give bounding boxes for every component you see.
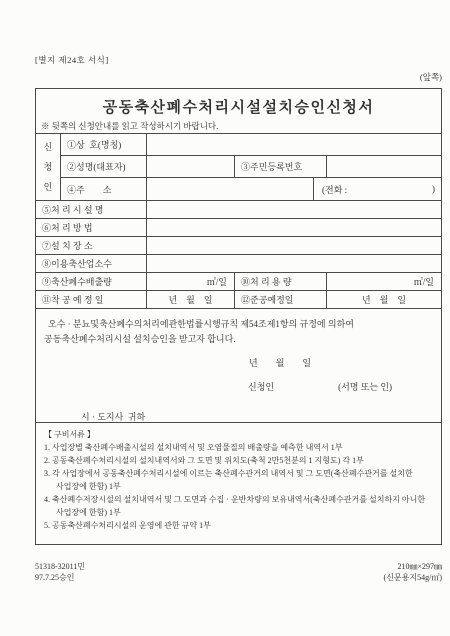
form-code-number: 51318-32011민	[35, 562, 85, 573]
discharge-volume-unit-cell: ㎥/일	[146, 273, 234, 290]
required-document-item-2: 2. 공동축산폐수처리시설의 설치내역서와 그 도면 및 위치도(축척 2만5천…	[44, 454, 433, 467]
attachment-form-ref: [별지 제24호 서식]	[35, 54, 109, 66]
applicant-rows: ①상 호(명칭) ②성명(대표자) ③주민등록번호 ④주 소 (전화 : )	[61, 134, 441, 200]
discharge-volume-label: ⑨축산폐수배출량	[36, 273, 146, 290]
addressee-line: 시 · 도지사 귀하	[81, 410, 441, 423]
user-business-count-label: ⑧이용축산업소수	[36, 255, 146, 272]
form-document-page: [별지 제24호 서식] (앞쪽) 공동축산폐수처리시설설치승인신청서 ※ 뒷쪽…	[0, 0, 450, 636]
applicant-group-cell: 신청인	[36, 134, 61, 200]
signature-or-seal-note: (서명 또는 인)	[338, 380, 392, 393]
front-side-label: (앞쪽)	[420, 71, 442, 83]
form-code-block: 51318-32011민 97.7.25승인	[35, 562, 85, 583]
completion-date-cell: 년 월 일	[326, 291, 441, 308]
company-name-label: ①상 호(명칭)	[61, 134, 146, 155]
instruction-note: ※ 뒷쪽의 신청안내를 읽고 작성하시기 바랍니다.	[36, 119, 441, 134]
required-document-item-5: 5. 공동축산폐수처리시설의 운영에 관한 규약 1부	[44, 519, 433, 532]
address-value-cell	[146, 178, 313, 200]
resident-id-value-cell	[326, 156, 441, 177]
required-document-item-1: 1. 사업장별 축산폐수배출시설의 설치내역서 및 오염물질의 배출량을 예측한…	[44, 441, 433, 454]
paper-weight-spec: (신문용지54g/㎡)	[384, 573, 442, 584]
user-business-count-value-cell	[146, 255, 441, 272]
row-installation-site: ⑦설 치 장 소	[36, 237, 441, 255]
row-address: ④주 소 (전화 : )	[61, 178, 441, 200]
signature-date-line: 년 월 일	[249, 356, 441, 369]
form-title: 공동축산폐수처리시설설치승인신청서	[36, 89, 441, 119]
declaration-section: 오수 · 분뇨및축산폐수의처리에관한법률시행규칙 제54조제1항의 규정에 의하…	[36, 309, 441, 422]
construction-start-label: ⑪착 공 예 정 일	[36, 291, 146, 308]
phone-label-open: (전화 :	[322, 183, 347, 196]
paper-spec-block: 210㎜×297㎜ (신문용지54g/㎡)	[384, 562, 442, 583]
required-documents-heading: 【 구비서류 】	[44, 428, 433, 441]
installation-site-label: ⑦설 치 장 소	[36, 237, 146, 254]
treatment-capacity-unit-cell: ㎥/일	[326, 273, 441, 290]
applicant-section: 신청인 ①상 호(명칭) ②성명(대표자) ③주민등록번호 ④주 소	[36, 134, 441, 200]
construction-start-date-cell: 년 월 일	[146, 291, 234, 308]
row-user-business-count: ⑧이용축산업소수	[36, 255, 441, 273]
facility-name-label: ⑤처 리 시 설 명	[36, 201, 146, 218]
required-documents-section: 【 구비서류 】 1. 사업장별 축산폐수배출시설의 설치내역서 및 오염물질의…	[36, 422, 441, 547]
required-document-item-4: 4. 축산폐수저장시설의 설치내역서 및 그 도면과 수집 · 운반차량의 보유…	[44, 493, 433, 519]
completion-date-label: ⑫준공예정일	[234, 291, 326, 308]
representative-value-cell	[146, 156, 234, 177]
signer-label: 신청인	[248, 380, 274, 393]
resident-id-label: ③주민등록번호	[234, 156, 326, 177]
row-schedule-dates: ⑪착 공 예 정 일 년 월 일 ⑫준공예정일 년 월 일	[36, 291, 441, 309]
row-representative: ②성명(대표자) ③주민등록번호	[61, 156, 441, 178]
treatment-capacity-label: ⑩처 리 용 량	[234, 273, 326, 290]
treatment-method-value-cell	[146, 219, 441, 236]
row-treatment-method: ⑥처 리 방 법	[36, 219, 441, 237]
facility-name-value-cell	[146, 201, 441, 218]
row-discharge-capacity: ⑨축산폐수배출량 ㎥/일 ⑩처 리 용 량 ㎥/일	[36, 273, 441, 291]
form-outer-box: 공동축산폐수처리시설설치승인신청서 ※ 뒷쪽의 신청안내를 읽고 작성하시기 바…	[35, 88, 442, 545]
row-facility-name: ⑤처 리 시 설 명	[36, 201, 441, 219]
signer-line: 신청인 (서명 또는 인)	[248, 380, 441, 393]
required-document-item-3: 3. 각 사업장에서 공동축산폐수처리시설에 이르는 축산폐수관거의 내역서 및…	[44, 467, 433, 493]
row-company-name: ①상 호(명칭)	[61, 134, 441, 156]
paper-size-spec: 210㎜×297㎜	[384, 562, 442, 573]
treatment-method-label: ⑥처 리 방 법	[36, 219, 146, 236]
representative-label: ②성명(대표자)	[61, 156, 146, 177]
installation-site-value-cell	[146, 237, 441, 254]
phone-cell: (전화 : )	[313, 178, 441, 200]
applicant-group-label: 신청인	[43, 137, 53, 197]
phone-label-close: )	[432, 184, 435, 194]
company-name-value-cell	[146, 134, 441, 155]
declaration-text: 오수 · 분뇨및축산폐수의처리에관한법률시행규칙 제54조제1항의 규정에 의하…	[36, 309, 441, 347]
address-label: ④주 소	[61, 178, 146, 200]
form-approval-date: 97.7.25승인	[35, 573, 85, 584]
